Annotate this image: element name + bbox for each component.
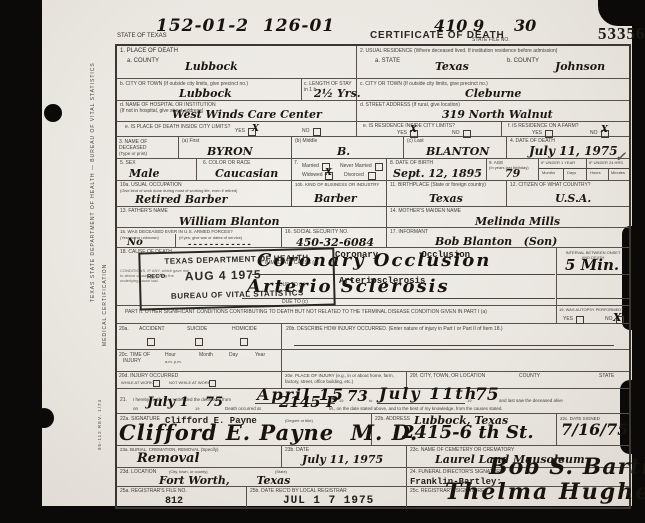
suicide-label: SUICIDE [187,326,207,332]
certify-to: to [369,398,372,403]
cell-middle-name: (b) Middle B. [292,137,404,159]
hours-label: Hours [590,170,601,175]
street-address-value: 319 North Walnut [442,108,553,121]
married-label: Married [302,163,319,169]
stamp-bureau-line: BUREAU OF VITAL STATISTICS [141,287,333,301]
cell-if-under-24-hrs: IF UNDER 24 HRS. Hours Minutes [587,159,629,181]
registrar-file-value: 812 [165,496,183,507]
year-label: Year [255,352,265,358]
cell-date-of-death: 4. DATE OF DEATH July 11, 1975 [507,137,629,159]
describe-injury-label: 20b. DESCRIBE HOW INJURY OCCURRED. (Ente… [286,326,503,332]
residence-county-label: b. COUNTY [507,58,539,64]
cell-hospital: d. NAME OF HOSPITAL OR INSTITUTION (If n… [117,101,357,122]
registrar-signature-handwriting: Thelma Hughes [445,479,645,505]
cell-physician-address: 22b. ADDRESS Lubbock, Texas 2415-6 th St… [372,414,557,446]
time-of-injury-label2: INJURY [123,358,141,364]
certify-text-5: and last saw the deceased alive [499,398,563,403]
no-label: NO [302,128,310,134]
divorced-label: Divorced [344,172,364,178]
received-stamp: TEXAS DEPARTMENT OF HEALTH REC'D AUG 4 1… [138,247,335,310]
residence-state-label: a. STATE [375,58,400,64]
yes-label: YES [235,128,245,134]
residence-state-value: Texas [435,60,469,73]
cell-date-received: 25b. DATE REC'D BY LOCAL REGISTRAR JUL 1… [247,487,407,507]
certify-19-c: 19 [195,406,199,411]
injury-a-label: 20a. [119,326,129,332]
race-value: Caucasian [215,167,278,180]
hospital-value: West Winds Care Center [172,108,322,121]
father-label: 13. FATHER'S NAME [120,208,168,214]
homicide-checkbox [240,338,248,346]
cell-mother: 14. MOTHER'S MAIDEN NAME Melinda Mills [387,207,629,228]
yes-x-mark: X [252,124,259,134]
cell-last-name: (c) Last BLANTON [404,137,507,159]
cell-street-address: d. STREET ADDRESS (If rural, give locati… [357,101,629,122]
cell-father: 13. FATHER'S NAME William Blanton [117,207,387,228]
cell-death-city-limits: e. IS PLACE OF DEATH INSIDE CITY LIMITS?… [117,122,357,137]
county-value: Lubbock [185,60,238,73]
cell-if-under-1-year: IF UNDER 1 YEAR Months Days [539,159,587,181]
burial-type-handwriting: Removal [137,451,199,466]
months-label: Months [542,170,555,175]
widowed-x-mark: X [325,168,332,178]
date-received-label: 25b. DATE REC'D BY LOCAL REGISTRAR [250,488,347,494]
divider [557,274,629,275]
cell-accident-suicide-homicide: 20a. ACCIDENT SUICIDE HOMICIDE [117,324,282,350]
part-2-label: PART II. OTHER SIGNIFICANT CONDITIONS CO… [125,309,550,315]
first-name-label: (a) First [182,138,199,144]
father-value: William Blanton [179,215,280,228]
certify-19-a: 19 [339,398,343,403]
day-label: Day [229,352,238,358]
birthplace-value: Texas [429,192,463,205]
blank-line [377,403,465,404]
divorced-checkbox [368,172,376,180]
never-married-label: Never Married [340,163,372,169]
residence-limits-label: e. IS RESIDENCE INSIDE CITY LIMITS? [363,123,455,129]
cell-ssn: 16. SOCIAL SECURITY NO. 450-32-6084 [282,228,387,248]
under-24-hrs-label: IF UNDER 24 HRS. [589,160,624,165]
year-to-handwriting: 75 [475,385,499,405]
scanned-certificate-paper: ✓ TEXAS STATE DEPARTMENT OF HEALTH — BUR… [42,0,632,506]
month-label: Month [199,352,213,358]
last-seen-year-handwriting: 75 [205,395,223,410]
stamp-department-line: TEXAS DEPARTMENT OF HEALTH [140,252,332,266]
hole-punch [44,104,62,122]
accident-checkbox [147,338,155,346]
certify-19-b: 19 [467,398,471,403]
cell-marital-status: 7. Married Never Married Widowed X Divor… [292,159,387,181]
dept-vertical-caption: TEXAS STATE DEPARTMENT OF HEALTH — BUREA… [90,52,96,302]
registrar-file-label: 25a. REGISTRAR'S FILE NO. [120,488,187,494]
no-x-mark: X [613,311,622,324]
residence-county-value: Johnson [555,60,605,73]
place-of-death-label: 1. PLACE OF DEATH [120,48,178,54]
date-of-birth-value: Sept. 12, 1895 [393,167,482,180]
homicide-label: HOMICIDE [232,326,257,332]
certify-death-at: Death occurred at [225,406,261,411]
widowed-label: Widowed [302,172,323,178]
cell-length-of-stay: c. LENGTH OF STAY in 1 b. 2½ Yrs. [302,79,357,101]
minutes-label: Minutes [611,170,625,175]
no-label: NO [590,130,598,136]
no-label: NO [452,130,460,136]
district-code-handwriting: 152-01-2 126-01 [156,16,335,36]
title-overlay-handwriting: 410 9 [434,16,484,35]
last-seen-handwriting: July 1 [147,395,189,410]
blank-line [294,345,614,346]
divider [557,298,629,299]
cell-residence-farm: f. IS RESIDENCE ON A FARM? YES NO X [502,122,629,137]
stamp-date: AUG 4 1975 [185,267,262,283]
date-signed-handwriting: 7/16/75 [561,420,628,439]
address-handwriting: 2415-6 th St. [402,422,534,443]
no-label: NO [605,316,613,322]
no-checkbox [313,128,321,136]
cell-physician-signature: 22a. SIGNATURE Clifford E. Payne (Degree… [117,414,372,446]
informant-value: Bob Blanton (Son) [435,235,557,248]
cell-citizen: 12. CITIZEN OF WHAT COUNTRY? U.S.A. [507,181,629,207]
cell-armed-forces: 15. WAS DECEASED EVER IN U.S. ARMED FORC… [117,228,282,248]
race-label: 6. COLOR OR RACE [203,160,251,166]
cell-time-of-injury: 20c. TIME OF INJURY Hour a.m. p.m. Month… [117,350,282,372]
cell-first-name: (a) First BYRON [179,137,292,159]
mother-label: 14. MOTHER'S MAIDEN NAME [390,208,461,214]
yes-checkbox [576,316,584,324]
cell-age: 9. AGE (In years last birthday) 79 [487,159,539,181]
certify-text-9: M., on the date stated above, and to the… [329,406,503,411]
cell-usual-residence: 2. USUAL RESIDENCE (Where deceased lived… [357,46,629,79]
cell-birthplace: 11. BIRTHPLACE (State or foreign country… [387,181,507,207]
injury-state-label: STATE [599,373,614,379]
cell-registrar-signature: 25c. REGISTRAR'S SIGNATURE Thelma Hughes [407,487,629,507]
injury-county-label: COUNTY [519,373,540,379]
cell-informant: 17. INFORMANT Bob Blanton (Son) [387,228,629,248]
burial-date-value: July 11, 1975 [302,453,383,466]
medical-certification-caption: MEDICAL CERTIFICATION [102,256,108,346]
divider [608,168,610,181]
middle-name-value: B. [337,145,350,158]
residence-farm-label: f. IS RESIDENCE ON A FARM? [508,123,579,129]
hour-label: Hour [165,352,176,358]
cell-describe-injury: 20b. DESCRIBE HOW INJURY OCCURRED. (Ente… [282,324,629,350]
never-married-checkbox [375,163,383,171]
cell-certify-statement: 21. I hereby certify that I attended the… [117,389,629,414]
under-1-year-label: IF UNDER 1 YEAR [541,160,575,165]
date-of-death-value: July 11, 1975 [529,144,618,158]
cell-burial-location: 23d. LOCATION (City, town, or county) (S… [117,468,407,487]
cell-burial-date: 23b. DATE July 11, 1975 [282,446,407,468]
serial-number: 53356 [598,24,645,44]
yes-x-mark: X [410,125,417,135]
length-of-stay-value: 2½ Yrs. [314,87,361,100]
stamp-recd-label: REC'D [147,274,166,280]
cell-residence-city: c. CITY OR TOWN (If outside city limits,… [357,79,629,101]
cell-residence-city-limits: e. IS RESIDENCE INSIDE CITY LIMITS? YES … [357,122,502,137]
sex-value: Male [129,167,159,180]
city-of-death-value: Lubbock [179,87,232,100]
cell-sex: 5. SEX Male [117,159,197,181]
form-code-caption: 95-112 REV. 1/74 [97,390,102,450]
ssn-label: 16. SOCIAL SECURITY NO. [285,229,348,235]
scan-artifact [598,0,632,26]
accident-label: ACCIDENT [139,326,165,332]
citizen-value: U.S.A. [555,192,591,205]
days-label: Days [567,170,576,175]
first-name-value: BYRON [207,145,253,158]
industry-value: Barber [314,192,357,205]
cell-autopsy: 19. WAS AUTOPSY PERFORMED? YES NO X [557,306,629,324]
ampm-label: a.m. p.m. [165,359,182,364]
date-of-birth-label: 8. DATE OF BIRTH [390,160,433,166]
residence-city-value: Cleburne [465,87,521,100]
cell-burial-type: 23a. BURIAL, CREMATION, REMOVAL (Specify… [117,446,282,468]
occupation-value: Retired Barber [135,193,227,206]
cell-injury-blank [282,350,629,372]
hole-punch [34,408,54,428]
divider [175,234,177,248]
not-while-at-work-label: NOT WHILE AT WORK [169,380,210,385]
citizen-label: 12. CITIZEN OF WHAT COUNTRY? [510,182,591,188]
cell-registrar-file: 25a. REGISTRAR'S FILE NO. 812 [117,487,247,507]
death-city-limits-label: e. IS PLACE OF DEATH INSIDE CITY LIMITS? [125,124,230,130]
cell-date-signed: 22c. DATE SIGNED 7/16/75 [557,414,629,446]
scan-mark [30,34,38,53]
middle-name-label: (b) Middle [295,138,317,144]
divider [563,168,565,181]
interval-handwriting: 5 Min. [565,256,619,274]
cell-race: 6. COLOR OR RACE Caucasian [197,159,292,181]
cell-date-of-birth: 8. DATE OF BIRTH Sept. 12, 1895 [387,159,487,181]
location-value: Fort Worth, Texas [159,474,290,487]
last-name-value: BLANTON [426,145,489,158]
attended-to-handwriting: July 11th [379,384,478,403]
informant-label: 17. INFORMANT [390,229,428,235]
not-while-at-work-checkbox [209,380,216,387]
cell-interval: INTERVAL BETWEEN ONSET AND DEATH 5 Min. [557,248,629,306]
name-section-note: (Type or print) [119,151,147,156]
place-of-injury-label: 20e. PLACE OF INJURY (e.g., in or about … [285,373,403,384]
suicide-checkbox [195,338,203,346]
age-value: 79 [505,167,520,180]
location-label: 23d. LOCATION [120,469,156,475]
county-label: a. COUNTY [127,58,159,64]
last-name-label: (c) Last [407,138,424,144]
injury-occurred-label: 20d. INJURY OCCURRED [119,373,178,379]
cell-name-label: 3. NAME OF DECEASED (Type or print) [117,137,179,159]
yes-label: YES [397,130,407,136]
yes-label: YES [563,316,573,322]
year-from-handwriting: 73 [347,387,368,405]
certify-number: 21. [120,397,127,403]
while-at-work-label: WHILE AT WORK [121,380,153,385]
funeral-director-signature-handwriting: Bob S. Bartley [489,454,645,480]
birthplace-label: 11. BIRTHPLACE (State or foreign country… [390,182,486,188]
cell-city-of-death: b. CITY OR TOWN (If outside city limits,… [117,79,302,101]
mother-value: Melinda Mills [475,215,560,228]
state-file-no-label: STATE FILE NO. [472,37,510,43]
industry-label: 10b. KIND OF BUSINESS OR INDUSTRY [295,182,379,187]
yes-label: YES [532,130,542,136]
armed-forces-value: No [127,237,143,248]
cell-occupation: 10a. USUAL OCCUPATION (Give kind of work… [117,181,292,207]
no-x-mark: X [601,125,608,135]
marital-label: 7. [294,160,298,166]
cell-industry: 10b. KIND OF BUSINESS OR INDUSTRY Barber [292,181,387,207]
certify-on: on [133,406,138,411]
usual-residence-label: 2. USUAL RESIDENCE (Where deceased lived… [360,48,557,54]
name-section-label: 3. NAME OF DECEASED [119,139,175,152]
while-at-work-checkbox [153,380,160,387]
date-received-stamp: JUL 1 7 1975 [283,495,374,507]
sex-label: 5. SEX [120,160,136,166]
injury-city-label: 20f. CITY, TOWN, OR LOCATION [410,373,485,379]
state-file-no-handwriting: 30 [514,16,536,35]
cell-place-of-death: 1. PLACE OF DEATH a. COUNTY Lubbock [117,46,357,79]
